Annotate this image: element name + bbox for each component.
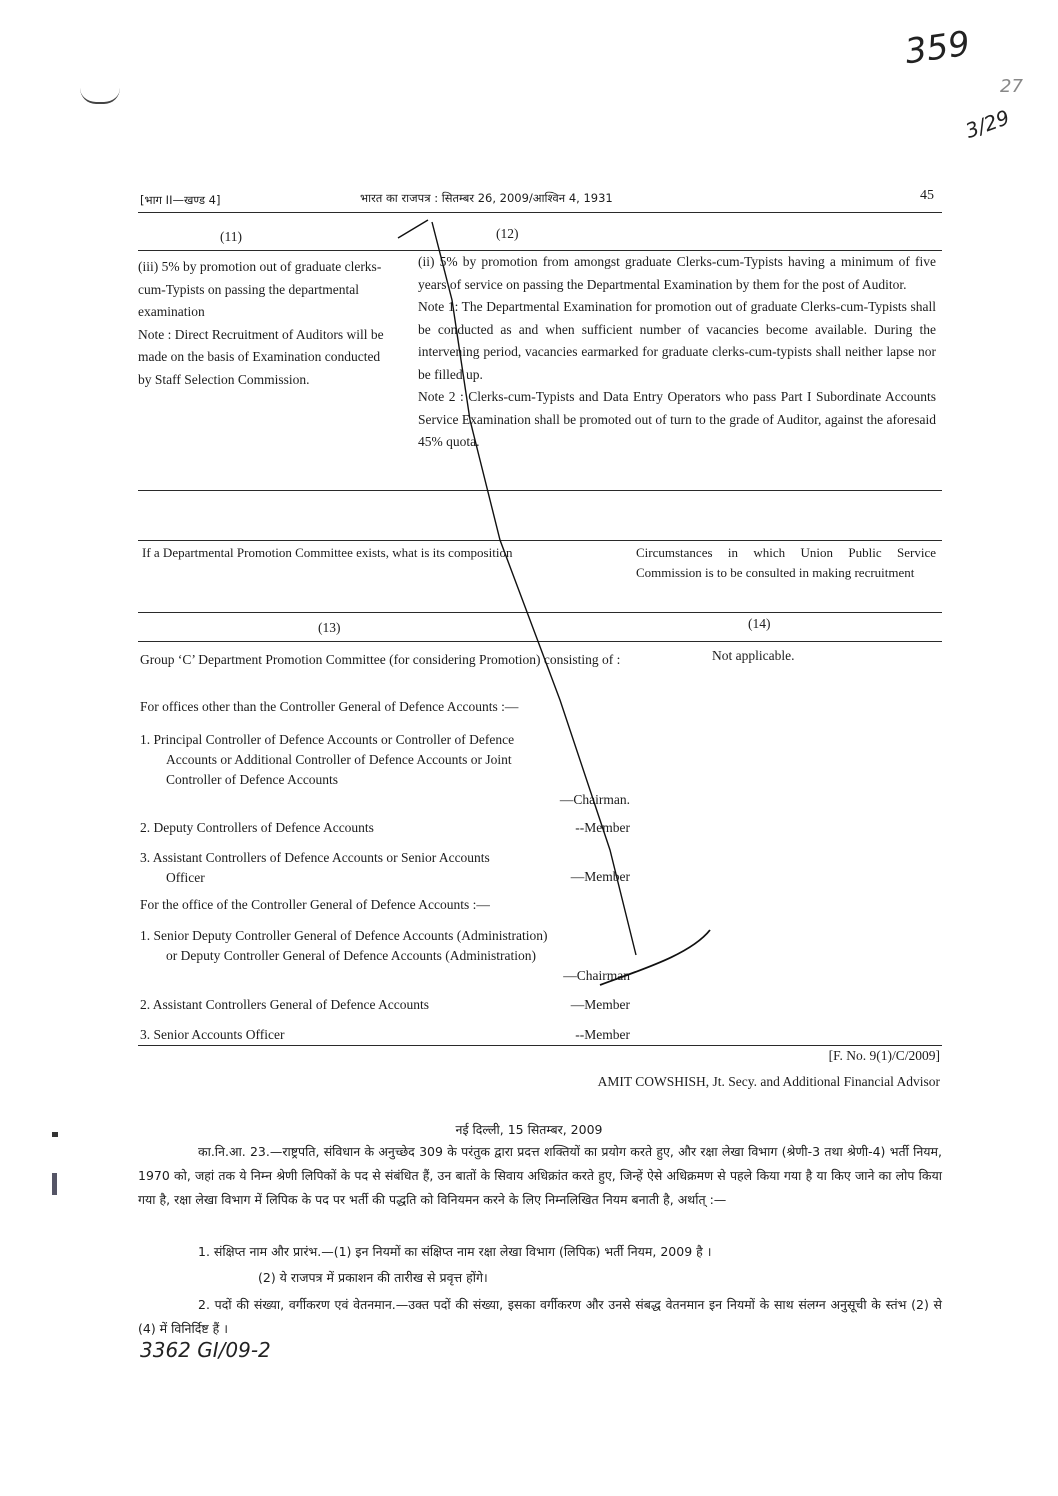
handwritten-note-small: 27: [1000, 76, 1023, 97]
promotion-clause-iii: (iii) 5% by promotion out of graduate cl…: [138, 256, 394, 324]
lower-table-top-rule: [138, 540, 942, 541]
member-role: --Member: [575, 818, 630, 838]
page-number: 45: [920, 188, 934, 204]
member-description: 1. Senior Deputy Controller General of D…: [140, 926, 556, 966]
notification-intro: का.नि.आ. 23.—राष्ट्रपति, संविधान के अनुच…: [138, 1140, 942, 1212]
column-label-14: (14): [748, 616, 771, 632]
member-row: 2. Assistant Controllers General of Defe…: [140, 995, 630, 1017]
member-role: —Member: [571, 995, 630, 1015]
lower-label-rule: [138, 641, 942, 642]
member-description: 2. Assistant Controllers General of Defe…: [140, 995, 566, 1015]
member-role: —Member: [571, 867, 630, 887]
lower-header-rule: [138, 612, 942, 613]
scan-mark: [80, 88, 120, 104]
member-description: 1. Principal Controller of Defence Accou…: [140, 730, 566, 790]
group-b-title: For the office of the Controller General…: [140, 897, 490, 913]
column-label-11: (11): [220, 229, 242, 245]
group-a-title: For offices other than the Controller Ge…: [140, 699, 518, 715]
member-row: 3. Assistant Controllers of Defence Acco…: [140, 848, 630, 890]
rule-2: 2. पदों की संख्या, वर्गीकरण एवं वेतनमान.…: [138, 1293, 942, 1341]
lower-table-bottom-rule: [138, 1045, 942, 1046]
member-row: 2. Deputy Controllers of Defence Account…: [140, 818, 630, 840]
column-11-cell: (iii) 5% by promotion out of graduate cl…: [138, 256, 394, 391]
note-2: Note 2 : Clerks-cum-Typists and Data Ent…: [418, 386, 936, 454]
column-14-header: Circumstances in which Union Public Serv…: [636, 543, 936, 583]
handwritten-fraction: 3/29: [962, 105, 1012, 143]
dpc-title: Group ‘C’ Department Promotion Committee…: [140, 650, 630, 669]
header-rule: [138, 212, 942, 213]
member-row: 1. Senior Deputy Controller General of D…: [140, 926, 630, 986]
upper-table-bottom-rule: [138, 490, 942, 491]
member-description: 2. Deputy Controllers of Defence Account…: [140, 818, 566, 838]
column-13-header: If a Departmental Promotion Committee ex…: [142, 545, 512, 561]
column-12-cell: (ii) 5% by promotion from amongst gradua…: [418, 251, 936, 454]
member-description: 3. Senior Accounts Officer: [140, 1025, 566, 1045]
rule-1-1: 1. संक्षिप्त नाम और प्रारंभ.—(1) इन नियम…: [198, 1240, 942, 1264]
handwritten-code: 3362 GI/09-2: [140, 1338, 271, 1362]
file-number: [F. No. 9(1)/C/2009]: [829, 1048, 940, 1064]
member-role: —Chairman: [563, 966, 630, 986]
gazette-title: भारत का राजपत्र : सितम्बर 26, 2009/आश्वि…: [360, 191, 613, 206]
note-1: Note 1: The Departmental Examination for…: [418, 296, 936, 386]
signatory: AMIT COWSHISH, Jt. Secy. and Additional …: [598, 1074, 940, 1090]
scan-mark: [52, 1173, 57, 1195]
column-label-12: (12): [496, 226, 519, 242]
column-label-13: (13): [318, 620, 341, 636]
direct-recruitment-note: Note : Direct Recruitment of Auditors wi…: [138, 324, 394, 392]
member-description: 3. Assistant Controllers of Defence Acco…: [140, 848, 526, 888]
rule-1-2: (2) ये राजपत्र में प्रकाशन की तारीख से प…: [258, 1266, 488, 1290]
notification-dateline: नई दिल्ली, 15 सितम्बर, 2009: [0, 1118, 1058, 1142]
member-role: --Member: [575, 1025, 630, 1045]
member-row: 1. Principal Controller of Defence Accou…: [140, 730, 630, 810]
handwritten-page-number: 359: [903, 24, 973, 73]
promotion-clause-ii: (ii) 5% by promotion from amongst gradua…: [418, 251, 936, 296]
member-row: 3. Senior Accounts Officer --Member: [140, 1025, 630, 1047]
gazette-section: [भाग II—खण्ड 4]: [140, 193, 220, 208]
member-role: —Chairman.: [560, 790, 630, 810]
not-applicable-value: Not applicable.: [712, 648, 794, 664]
